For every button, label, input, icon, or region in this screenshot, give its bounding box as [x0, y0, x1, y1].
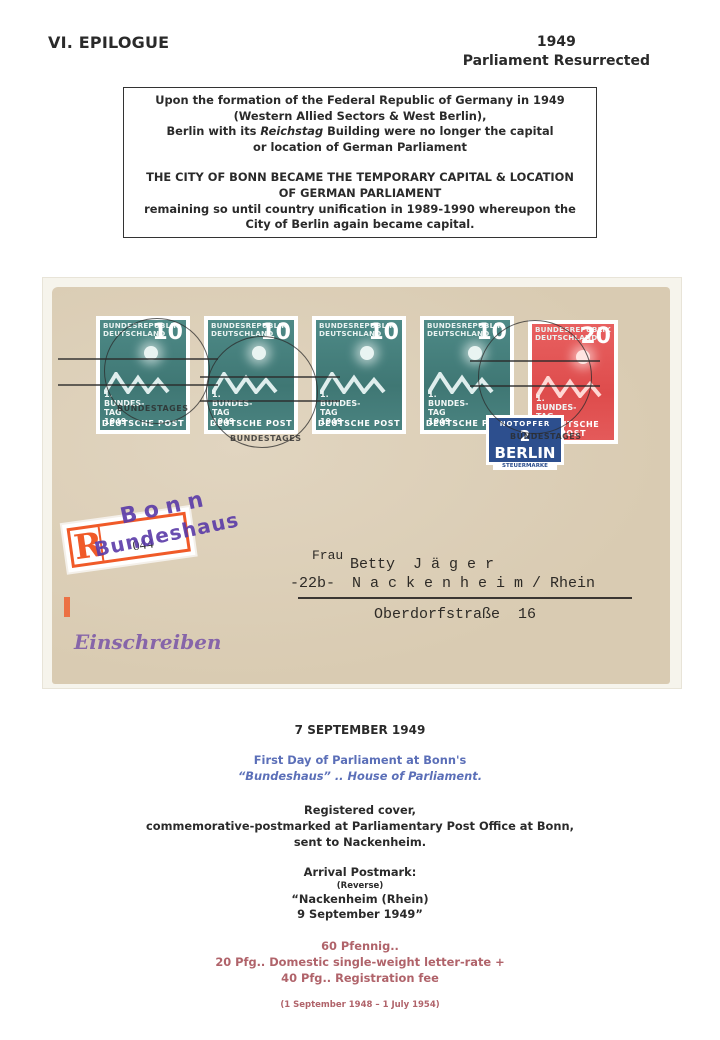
cover-description: Registered cover, commemorative-postmark… [0, 802, 720, 850]
address-name: Betty J ä g e r [350, 556, 494, 573]
postmark-bar [58, 358, 218, 360]
postmark-bar [200, 400, 340, 402]
postmark-text: BUNDESTAGES [117, 404, 188, 413]
description-line: sent to Nackenheim. [0, 834, 720, 850]
postmark-circle [478, 320, 592, 434]
arrival-line: “Nackenheim (Rhein) [0, 892, 720, 907]
sun-icon [468, 346, 482, 360]
arrival-postmark-note: Arrival Postmark: (Reverse) “Nackenheim … [0, 865, 720, 922]
address-underline [298, 597, 632, 599]
event-line: “Bundeshaus” .. House of Parliament. [0, 768, 720, 784]
notopfer-bottom-text: STEUERMARKE [493, 463, 557, 470]
intro-line: OF GERMAN PARLIAMENT [124, 186, 596, 202]
postmark-bar [470, 385, 600, 387]
page-heading: 1949 Parliament Resurrected [463, 33, 650, 71]
intro-text: Berlin with its [166, 124, 260, 138]
label-fragment [64, 597, 70, 617]
rate-line: 20 Pfg.. Domestic single-weight letter-r… [0, 954, 720, 970]
sun-icon [360, 346, 374, 360]
heading-year: 1949 [463, 33, 650, 52]
section-title: VI. EPILOGUE [48, 33, 169, 52]
description-line: Registered cover, [0, 802, 720, 818]
event-line: First Day of Parliament at Bonn's [0, 752, 720, 768]
arrival-line: (Reverse) [0, 880, 720, 892]
postmark-circle [206, 336, 318, 448]
postmark-bar [200, 376, 340, 378]
intro-line: City of Berlin again became capital. [124, 217, 596, 233]
intro-line: Upon the formation of the Federal Republ… [124, 93, 596, 109]
einschreiben-handstamp: Einschreiben [74, 630, 221, 654]
rate-period: (1 September 1948 – 1 July 1954) [0, 1000, 720, 1010]
intro-italic-text: Reichstag [260, 124, 323, 138]
address-street: Oberdorfstraße 16 [374, 606, 536, 623]
intro-text: Building were no longer the capital [323, 124, 553, 138]
postmark-bar [470, 360, 600, 362]
arrival-line: Arrival Postmark: [0, 865, 720, 880]
stamp-10pf: BUNDESREPUBLIKDEUTSCHLAND101.BUNDES-TAG1… [312, 316, 406, 434]
arrival-line: 9 September 1949” [0, 907, 720, 922]
address-salutation: Frau [312, 548, 343, 563]
stamp-value: 10 [368, 320, 399, 345]
postmark-bar [58, 384, 218, 386]
address-postal-zone: -22b- [290, 575, 335, 592]
intro-line: remaining so until country unification i… [124, 202, 596, 218]
event-description: First Day of Parliament at Bonn's “Bunde… [0, 752, 720, 784]
intro-line: (Western Allied Sectors & West Berlin), [124, 109, 596, 125]
rate-line: 40 Pfg.. Registration fee [0, 970, 720, 986]
stamp-value: 20 [580, 324, 611, 349]
intro-line: THE CITY OF BONN BECAME THE TEMPORARY CA… [124, 170, 596, 186]
postmark-text: BUNDESTAGES [510, 432, 581, 441]
intro-text-box: Upon the formation of the Federal Republ… [123, 87, 597, 238]
postage-rate-note: 60 Pfennig.. 20 Pfg.. Domestic single-we… [0, 938, 720, 986]
address-city: N a c k e n h e i m / Rhein [352, 575, 595, 592]
rate-line: 60 Pfennig.. [0, 938, 720, 954]
cover-date: 7 SEPTEMBER 1949 [0, 723, 720, 737]
description-line: commemorative-postmarked at Parliamentar… [0, 818, 720, 834]
postmark-text: BUNDESTAGES [230, 434, 301, 443]
heading-subtitle: Parliament Resurrected [463, 53, 650, 69]
stamp-bottom-text: DEUTSCHE POST [316, 419, 402, 428]
intro-line: Berlin with its Reichstag Building were … [124, 124, 596, 140]
intro-line: or location of German Parliament [124, 140, 596, 156]
